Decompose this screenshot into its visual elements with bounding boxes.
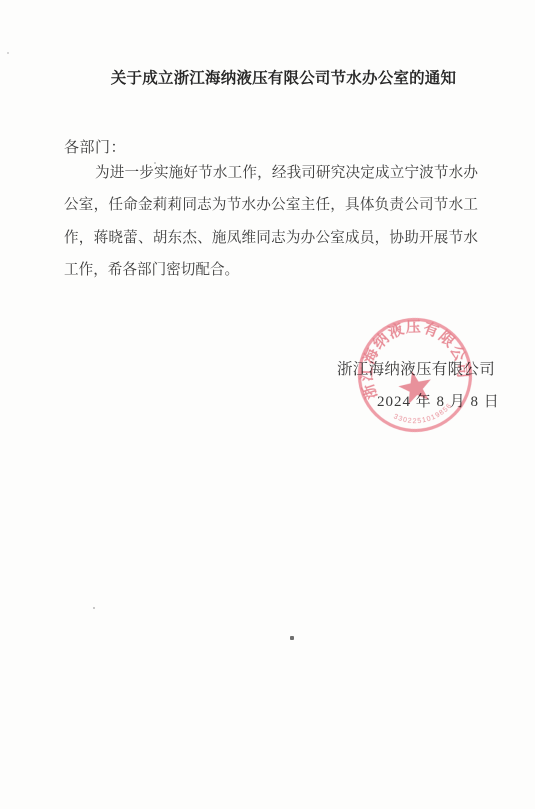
company-seal-stamp: 浙江海纳液压有限公司 3302251019856: [332, 292, 498, 458]
body-line-4: 工作，希各部门密切配合。: [64, 254, 478, 286]
seal-serial-holder: 3302251019856: [391, 401, 456, 430]
body-line-3: 作，蒋晓蕾、胡东杰、施凤维同志为办公室成员，协助开展节水: [64, 222, 478, 254]
body-line-1: 为进一步实施好节水工作，经我司研究决定成立宁波节水办: [64, 157, 478, 189]
scan-speck: [154, 162, 156, 164]
scan-speck: [7, 52, 9, 54]
document-page: 关于成立浙江海纳液压有限公司节水办公室的通知 各部门： 为进一步实施好节水工作，…: [0, 0, 535, 809]
salutation: 各部门：: [64, 136, 126, 157]
scan-speck: [290, 636, 294, 640]
page-title: 关于成立浙江海纳液压有限公司节水办公室的通知: [0, 66, 535, 88]
body-paragraph: 为进一步实施好节水工作，经我司研究决定成立宁波节水办 公室，任命金莉莉同志为节水…: [64, 157, 478, 286]
seal-serial-number: 3302251019856: [391, 401, 456, 430]
seal-star-icon: [396, 368, 435, 406]
body-line-2: 公室，任命金莉莉同志为节水办公室主任，具体负责公司节水工: [64, 189, 478, 221]
scan-speck: [93, 607, 95, 609]
